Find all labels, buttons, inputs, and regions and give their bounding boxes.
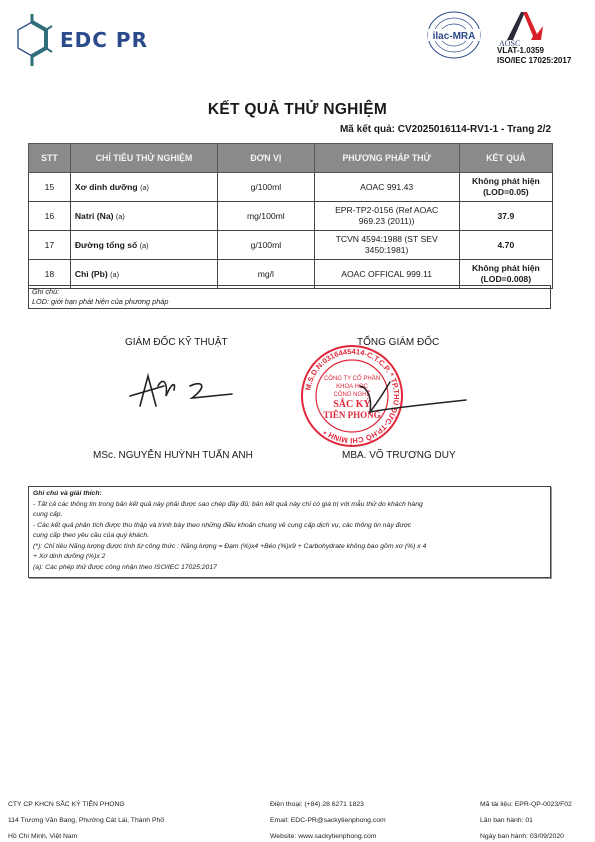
cell-test-item: Đường tổng số (a) xyxy=(70,231,217,260)
brand-name: EDC PR xyxy=(60,28,148,52)
cell-stt: 17 xyxy=(29,231,71,260)
cell-stt: 15 xyxy=(29,173,71,202)
company-name: CTY CP KHCN SẮC KÝ TIÊN PHONG xyxy=(8,797,164,813)
cell-method: AOAC 991.43 xyxy=(314,173,459,202)
company-address-line2: Hồ Chí Minh, Việt Nam xyxy=(8,829,164,842)
cell-unit: g/100ml xyxy=(218,231,314,260)
explanation-line: cung cấp. xyxy=(33,510,546,521)
header-unit: ĐƠN VỊ xyxy=(218,144,314,173)
explanation-line: - Tất cả các thông tin trong bản kết quả… xyxy=(33,500,546,511)
table-row: 17 Đường tổng số (a) g/100ml TCVN 4594:1… xyxy=(29,231,553,260)
issue-number: Lần ban hành: 01 xyxy=(480,813,572,829)
cell-test-item: Natri (Na) (a) xyxy=(70,202,217,231)
notes-label: Ghi chú: xyxy=(32,287,547,297)
document-code: Mã tài liệu: EPR-QP-0023/F02 xyxy=(480,797,572,813)
explanation-box: Ghi chú và giải thích: - Tất cả các thôn… xyxy=(28,486,551,578)
ilac-mra-logo: ilac-MRA xyxy=(423,10,485,60)
accreditation-info: VLAT-1.0359 ISO/IEC 17025:2017 xyxy=(497,46,571,66)
cell-result: 4.70 xyxy=(459,231,552,260)
table-row: 15 Xơ dinh dưỡng (a) g/100ml AOAC 991.43… xyxy=(29,173,553,202)
header-test-item: CHỈ TIÊU THỬ NGHIỆM xyxy=(70,144,217,173)
technical-director-title: GIÁM ĐỐC KỸ THUẬT xyxy=(125,337,228,348)
aosc-logo: AOSC xyxy=(497,8,547,48)
explanation-line: (a): Các phép thử được công nhận theo IS… xyxy=(33,563,546,574)
header-stt: STT xyxy=(29,144,71,173)
result-code: Mã kết quả: CV2025016114-RV1-1 - Trang 2… xyxy=(340,124,551,135)
hexagon-molecule-icon xyxy=(10,12,54,68)
table-row: 16 Natri (Na) (a) mg/100ml EPR-TP2-0156 … xyxy=(29,202,553,231)
cell-method: TCVN 4594:1988 (ST SEV3450:1981) xyxy=(314,231,459,260)
cell-stt: 16 xyxy=(29,202,71,231)
explanation-line: cung cấp theo yêu cầu của quý khách. xyxy=(33,531,546,542)
cell-result: Không phát hiện(LOD=0.05) xyxy=(459,173,552,202)
cell-unit: g/100ml xyxy=(218,173,314,202)
general-director-name: MBA. VÕ TRƯƠNG DUY xyxy=(342,450,456,461)
cell-unit: mg/100ml xyxy=(218,202,314,231)
technical-director-signature xyxy=(128,372,238,412)
explanation-line: - Các kết quả phân tích được thu thập và… xyxy=(33,521,546,532)
footer-document-info: Mã tài liệu: EPR-QP-0023/F02 Lần ban hàn… xyxy=(480,797,572,842)
edc-pr-logo: EDC PR xyxy=(10,10,180,70)
email-link[interactable]: Email: EDC-PR@sackytienphong.com xyxy=(270,813,386,829)
header-method: PHƯƠNG PHÁP THỬ xyxy=(314,144,459,173)
issue-date: Ngày ban hành: 03/09/2020 xyxy=(480,829,572,842)
iso-standard: ISO/IEC 17025:2017 xyxy=(497,56,571,66)
technical-director-name: MSc. NGUYỄN HUỲNH TUẤN ANH xyxy=(93,450,253,461)
explanation-line: (*): Chỉ tiêu Năng lượng được tính từ cô… xyxy=(33,542,546,553)
lod-note: LOD: giới hạn phát hiện của phương pháp xyxy=(32,297,547,307)
explanation-heading: Ghi chú và giải thích: xyxy=(33,489,546,500)
accreditation-code: VLAT-1.0359 xyxy=(497,46,571,56)
page-title: KẾT QUẢ THỬ NGHIỆM xyxy=(0,101,595,119)
table-header-row: STT CHỈ TIÊU THỬ NGHIỆM ĐƠN VỊ PHƯƠNG PH… xyxy=(29,144,553,173)
cell-result: 37.9 xyxy=(459,202,552,231)
footer-company: CTY CP KHCN SẮC KÝ TIÊN PHONG 114 Trương… xyxy=(8,797,164,842)
footer-contact: Điện thoại: (+84) 28 6271 1823 Email: ED… xyxy=(270,797,386,842)
phone: Điện thoại: (+84) 28 6271 1823 xyxy=(270,797,386,813)
results-table: STT CHỈ TIÊU THỬ NGHIỆM ĐƠN VỊ PHƯƠNG PH… xyxy=(28,143,553,289)
notes-box: Ghi chú: LOD: giới hạn phát hiện của phư… xyxy=(28,285,551,309)
general-director-signature xyxy=(350,378,470,428)
website-link[interactable]: Website: www.sackytienphong.com xyxy=(270,829,386,842)
svg-text:ilac-MRA: ilac-MRA xyxy=(433,31,476,42)
company-address-line1: 114 Trương Văn Bang, Phường Cát Lái, Thà… xyxy=(8,813,164,829)
cell-test-item: Xơ dinh dưỡng (a) xyxy=(70,173,217,202)
explanation-line: + Xơ dinh dưỡng (%)x 2 xyxy=(33,552,546,563)
cell-method: EPR-TP2-0156 (Ref AOAC969.23 (2011)) xyxy=(314,202,459,231)
header-result: KẾT QUẢ xyxy=(459,144,552,173)
